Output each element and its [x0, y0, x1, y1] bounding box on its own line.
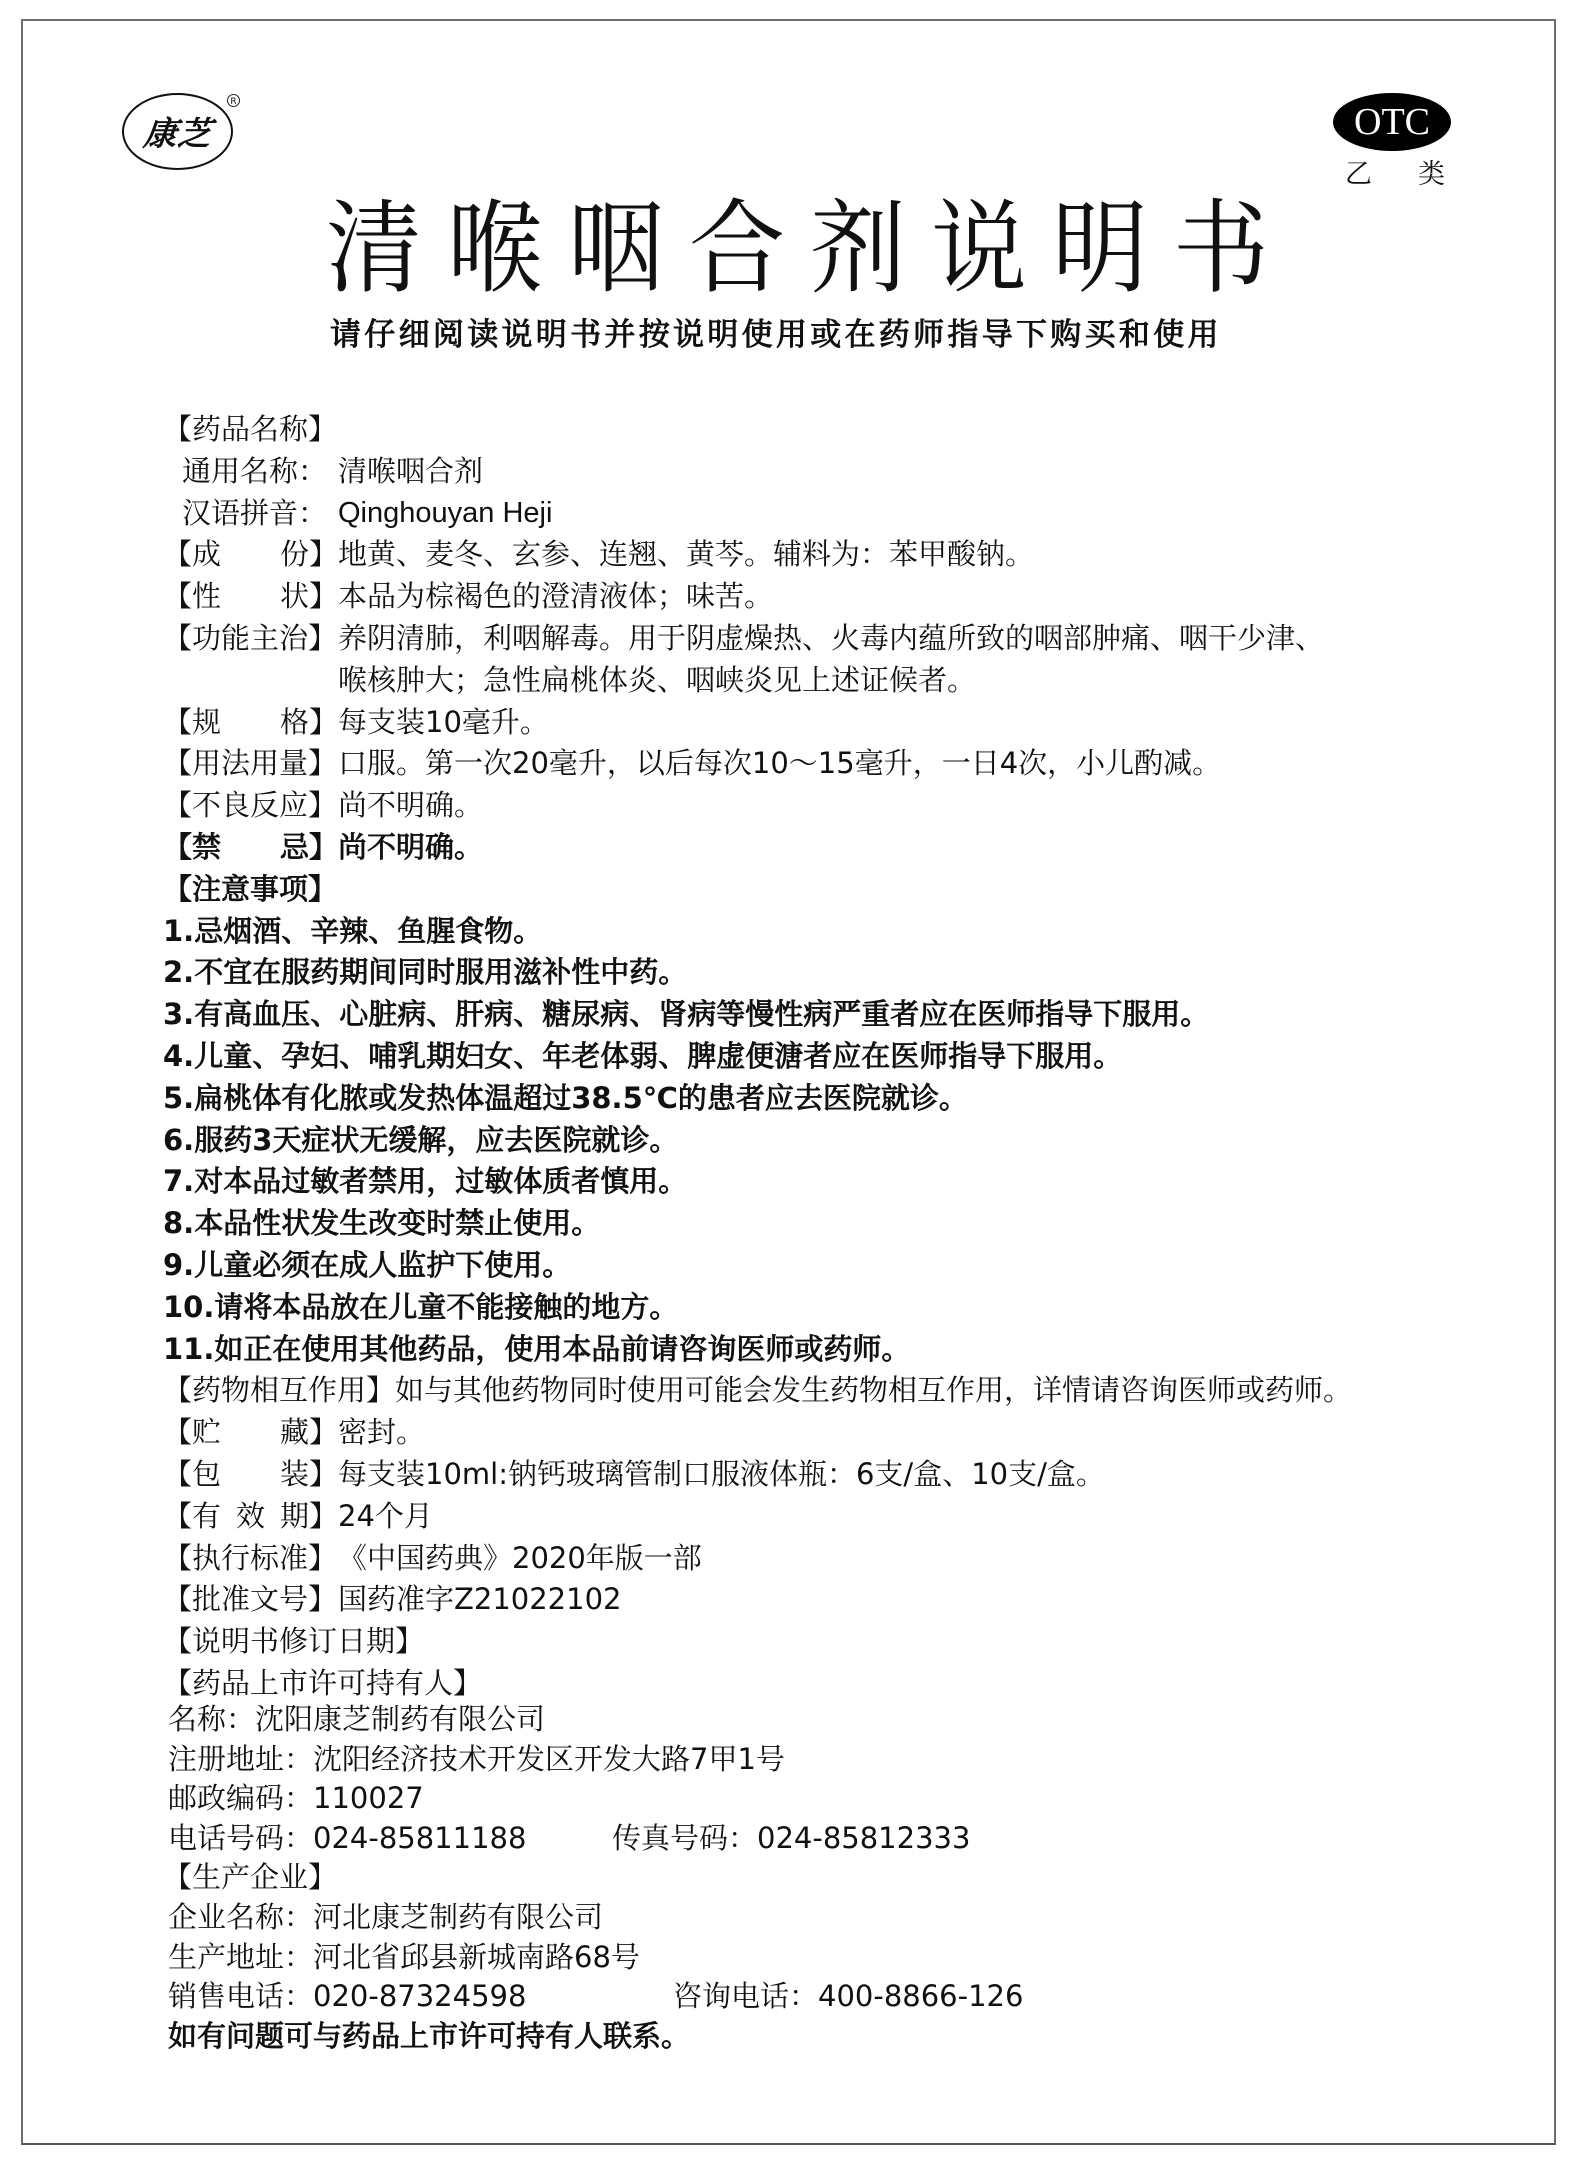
section-label: 【成 份】: [163, 534, 338, 576]
section-label: 【注意事项】: [163, 869, 337, 911]
company-info: 名称： 沈阳康芝制药有限公司 注册地址： 沈阳经济技术开发区开发大路7甲1号 邮…: [163, 1700, 785, 2056]
section-manufacturer: 【生产企业】: [163, 1858, 785, 1898]
precaution-item: 9.儿童必须在成人监护下使用。: [163, 1245, 1352, 1287]
field-key: 邮政编码：: [168, 1779, 313, 1819]
section-package: 【包 装】 每支装10ml:钠钙玻璃管制口服液体瓶：6支/盒、10支/盒。: [163, 1454, 1352, 1496]
field-value: 024-85811188: [313, 1819, 526, 1859]
field-key: 电话号码：: [168, 1819, 313, 1859]
precaution-item: 11.如正在使用其他药品，使用本品前请咨询医师或药师。: [163, 1329, 1352, 1371]
section-shelf-life: 【有 效 期】 24个月: [163, 1496, 1352, 1538]
precaution-item: 7.对本品过敏者禁用，过敏体质者慎用。: [163, 1161, 1352, 1203]
field-key: 咨询电话：: [673, 1979, 818, 2013]
section-label: 【批准文号】: [163, 1579, 338, 1621]
field-key: 名称：: [168, 1700, 255, 1740]
brand-logo-text: 康芝: [141, 108, 214, 155]
section-value: 本品为棕褐色的澄清液体；味苦。: [338, 576, 773, 618]
field-key: 企业名称：: [168, 1898, 313, 1938]
field-value: 024-85812333: [757, 1821, 970, 1855]
precaution-item: 2.不宜在服药期间同时服用滋补性中药。: [163, 952, 1352, 994]
footer-note: 如有问题可与药品上市许可持有人联系。: [163, 2017, 785, 2057]
section-label: 【执行标准】: [163, 1538, 338, 1580]
manufacturer-consult-phone: 咨询电话：400-8866-126: [673, 1977, 1023, 2017]
precaution-item: 5.扁桃体有化脓或发热体温超过38.5℃的患者应去医院就诊。: [163, 1078, 1352, 1120]
section-label: 【性 状】: [163, 576, 338, 618]
section-indications: 【功能主治】 养阴清肺，利咽解毒。用于阴虚燥热、火毒内蕴所致的咽部肿痛、咽干少津…: [163, 618, 1352, 660]
section-contraindications: 【禁 忌】 尚不明确。: [163, 827, 1352, 869]
field-value: Qinghouyan Heji: [338, 493, 552, 535]
manufacturer-phone-row: 销售电话： 020-87324598 咨询电话：400-8866-126: [163, 1977, 785, 2017]
section-label: 【禁 忌】: [163, 827, 338, 869]
section-label: 【药品名称】: [163, 409, 337, 451]
otc-class-char: 类: [1418, 152, 1445, 191]
section-standard: 【执行标准】 《中国药典》2020年版一部: [163, 1538, 1352, 1580]
manufacturer-address-row: 生产地址： 河北省邱县新城南路68号: [163, 1938, 785, 1978]
section-value: 养阴清肺，利咽解毒。用于阴虚燥热、火毒内蕴所致的咽部肿痛、咽干少津、: [338, 618, 1324, 660]
section-approval-number: 【批准文号】 国药准字Z21022102: [163, 1579, 1352, 1621]
section-value: 尚不明确。: [338, 785, 483, 827]
registered-r: R: [227, 94, 240, 107]
section-indications-cont: 喉核肿大；急性扁桃体炎、咽峡炎见上述证候者。: [163, 660, 1352, 702]
otc-class-label: 乙 类: [1345, 152, 1445, 191]
section-value: 24个月: [338, 1496, 433, 1538]
field-value: 沈阳康芝制药有限公司: [255, 1700, 545, 1740]
otc-badge: OTC: [1333, 93, 1451, 151]
page-subtitle: 请仔细阅读说明书并按说明使用或在药师指导下购买和使用: [330, 316, 1222, 354]
section-adverse-reactions: 【不良反应】 尚不明确。: [163, 785, 1352, 827]
section-label: 【用法用量】: [163, 743, 338, 785]
section-label: 【生产企业】: [163, 1858, 337, 1898]
section-label: 【药品上市许可持有人】: [163, 1663, 482, 1705]
section-label: 【说明书修订日期】: [163, 1621, 424, 1663]
precaution-item: 4.儿童、孕妇、哺乳期妇女、年老体弱、脾虚便溏者应在医师指导下服用。: [163, 1036, 1352, 1078]
otc-badge-text: OTC: [1354, 100, 1430, 144]
field-key: 汉语拼音：: [182, 493, 338, 535]
section-dosage: 【用法用量】 口服。第一次20毫升，以后每次10～15毫升，一日4次，小儿酌减。: [163, 743, 1352, 785]
section-label: 【功能主治】: [163, 618, 338, 660]
section-interactions: 【药物相互作用】 如与其他药物同时使用可能会发生药物相互作用，详情请咨询医师或药…: [163, 1370, 1352, 1412]
section-value: 如与其他药物同时使用可能会发生药物相互作用，详情请咨询医师或药师。: [395, 1370, 1352, 1412]
field-key: 销售电话：: [168, 1977, 313, 2017]
mah-name-row: 名称： 沈阳康芝制药有限公司: [163, 1700, 785, 1740]
pinyin-row: 汉语拼音： Qinghouyan Heji: [163, 493, 1352, 535]
section-ingredients: 【成 份】 地黄、麦冬、玄参、连翘、黄芩。辅料为：苯甲酸钠。: [163, 534, 1352, 576]
instructions-body: 【药品名称】 通用名称： 清喉咽合剂 汉语拼音： Qinghouyan Heji…: [163, 409, 1352, 1705]
field-value: 清喉咽合剂: [338, 451, 483, 493]
field-value: 400-8866-126: [818, 1979, 1023, 2013]
section-revision-date: 【说明书修订日期】: [163, 1621, 1352, 1663]
precaution-item: 8.本品性状发生改变时禁止使用。: [163, 1203, 1352, 1245]
field-value: 110027: [313, 1779, 424, 1819]
section-label: 【贮 藏】: [163, 1412, 338, 1454]
generic-name-row: 通用名称： 清喉咽合剂: [163, 451, 1352, 493]
section-value: 密封。: [338, 1412, 425, 1454]
precaution-item: 1.忌烟酒、辛辣、鱼腥食物。: [163, 911, 1352, 953]
section-storage: 【贮 藏】 密封。: [163, 1412, 1352, 1454]
field-key: 传真号码：: [612, 1821, 757, 1855]
field-key: 生产地址：: [168, 1938, 313, 1978]
section-description: 【性 状】 本品为棕褐色的澄清液体；味苦。: [163, 576, 1352, 618]
mah-phone-row: 电话号码： 024-85811188 传真号码：024-85812333: [163, 1819, 785, 1859]
field-key: 注册地址：: [168, 1740, 313, 1780]
otc-class-char: 乙: [1345, 152, 1372, 191]
section-value: 《中国药典》2020年版一部: [338, 1538, 702, 1580]
section-label: 【有 效 期】: [163, 1496, 338, 1538]
field-value: 河北康芝制药有限公司: [313, 1898, 603, 1938]
section-drug-name: 【药品名称】: [163, 409, 1352, 451]
section-value: 每支装10毫升。: [338, 702, 549, 744]
section-precautions: 【注意事项】: [163, 869, 1352, 911]
section-value: 每支装10ml:钠钙玻璃管制口服液体瓶：6支/盒、10支/盒。: [338, 1454, 1105, 1496]
section-value: 口服。第一次20毫升，以后每次10～15毫升，一日4次，小儿酌减。: [338, 743, 1221, 785]
section-value: 地黄、麦冬、玄参、连翘、黄芩。辅料为：苯甲酸钠。: [338, 534, 1034, 576]
mah-address-row: 注册地址： 沈阳经济技术开发区开发大路7甲1号: [163, 1740, 785, 1780]
field-key: 通用名称：: [182, 451, 338, 493]
brand-logo: 康芝: [122, 93, 233, 170]
precaution-item: 10.请将本品放在儿童不能接触的地方。: [163, 1287, 1352, 1329]
section-specification: 【规 格】 每支装10毫升。: [163, 702, 1352, 744]
section-label: 【规 格】: [163, 702, 338, 744]
field-value: 河北省邱县新城南路68号: [313, 1938, 640, 1978]
section-value: 喉核肿大；急性扁桃体炎、咽峡炎见上述证候者。: [338, 660, 976, 702]
precaution-item: 6.服药3天症状无缓解，应去医院就诊。: [163, 1120, 1352, 1162]
field-value: 020-87324598: [313, 1977, 526, 2017]
section-value: 尚不明确。: [338, 827, 483, 869]
precaution-item: 3.有高血压、心脏病、肝病、糖尿病、肾病等慢性病严重者应在医师指导下服用。: [163, 994, 1352, 1036]
section-label: 【药物相互作用】: [163, 1370, 395, 1412]
section-label: 【包 装】: [163, 1454, 338, 1496]
field-value: 沈阳经济技术开发区开发大路7甲1号: [313, 1740, 785, 1780]
section-mah: 【药品上市许可持有人】: [163, 1663, 1352, 1705]
mah-fax: 传真号码：024-85812333: [612, 1819, 970, 1859]
manufacturer-name-row: 企业名称： 河北康芝制药有限公司: [163, 1898, 785, 1938]
mah-postcode-row: 邮政编码： 110027: [163, 1779, 785, 1819]
section-label: 【不良反应】: [163, 785, 338, 827]
section-value: 国药准字Z21022102: [338, 1579, 621, 1621]
page-title: 清喉咽合剂说明书: [326, 187, 1266, 310]
